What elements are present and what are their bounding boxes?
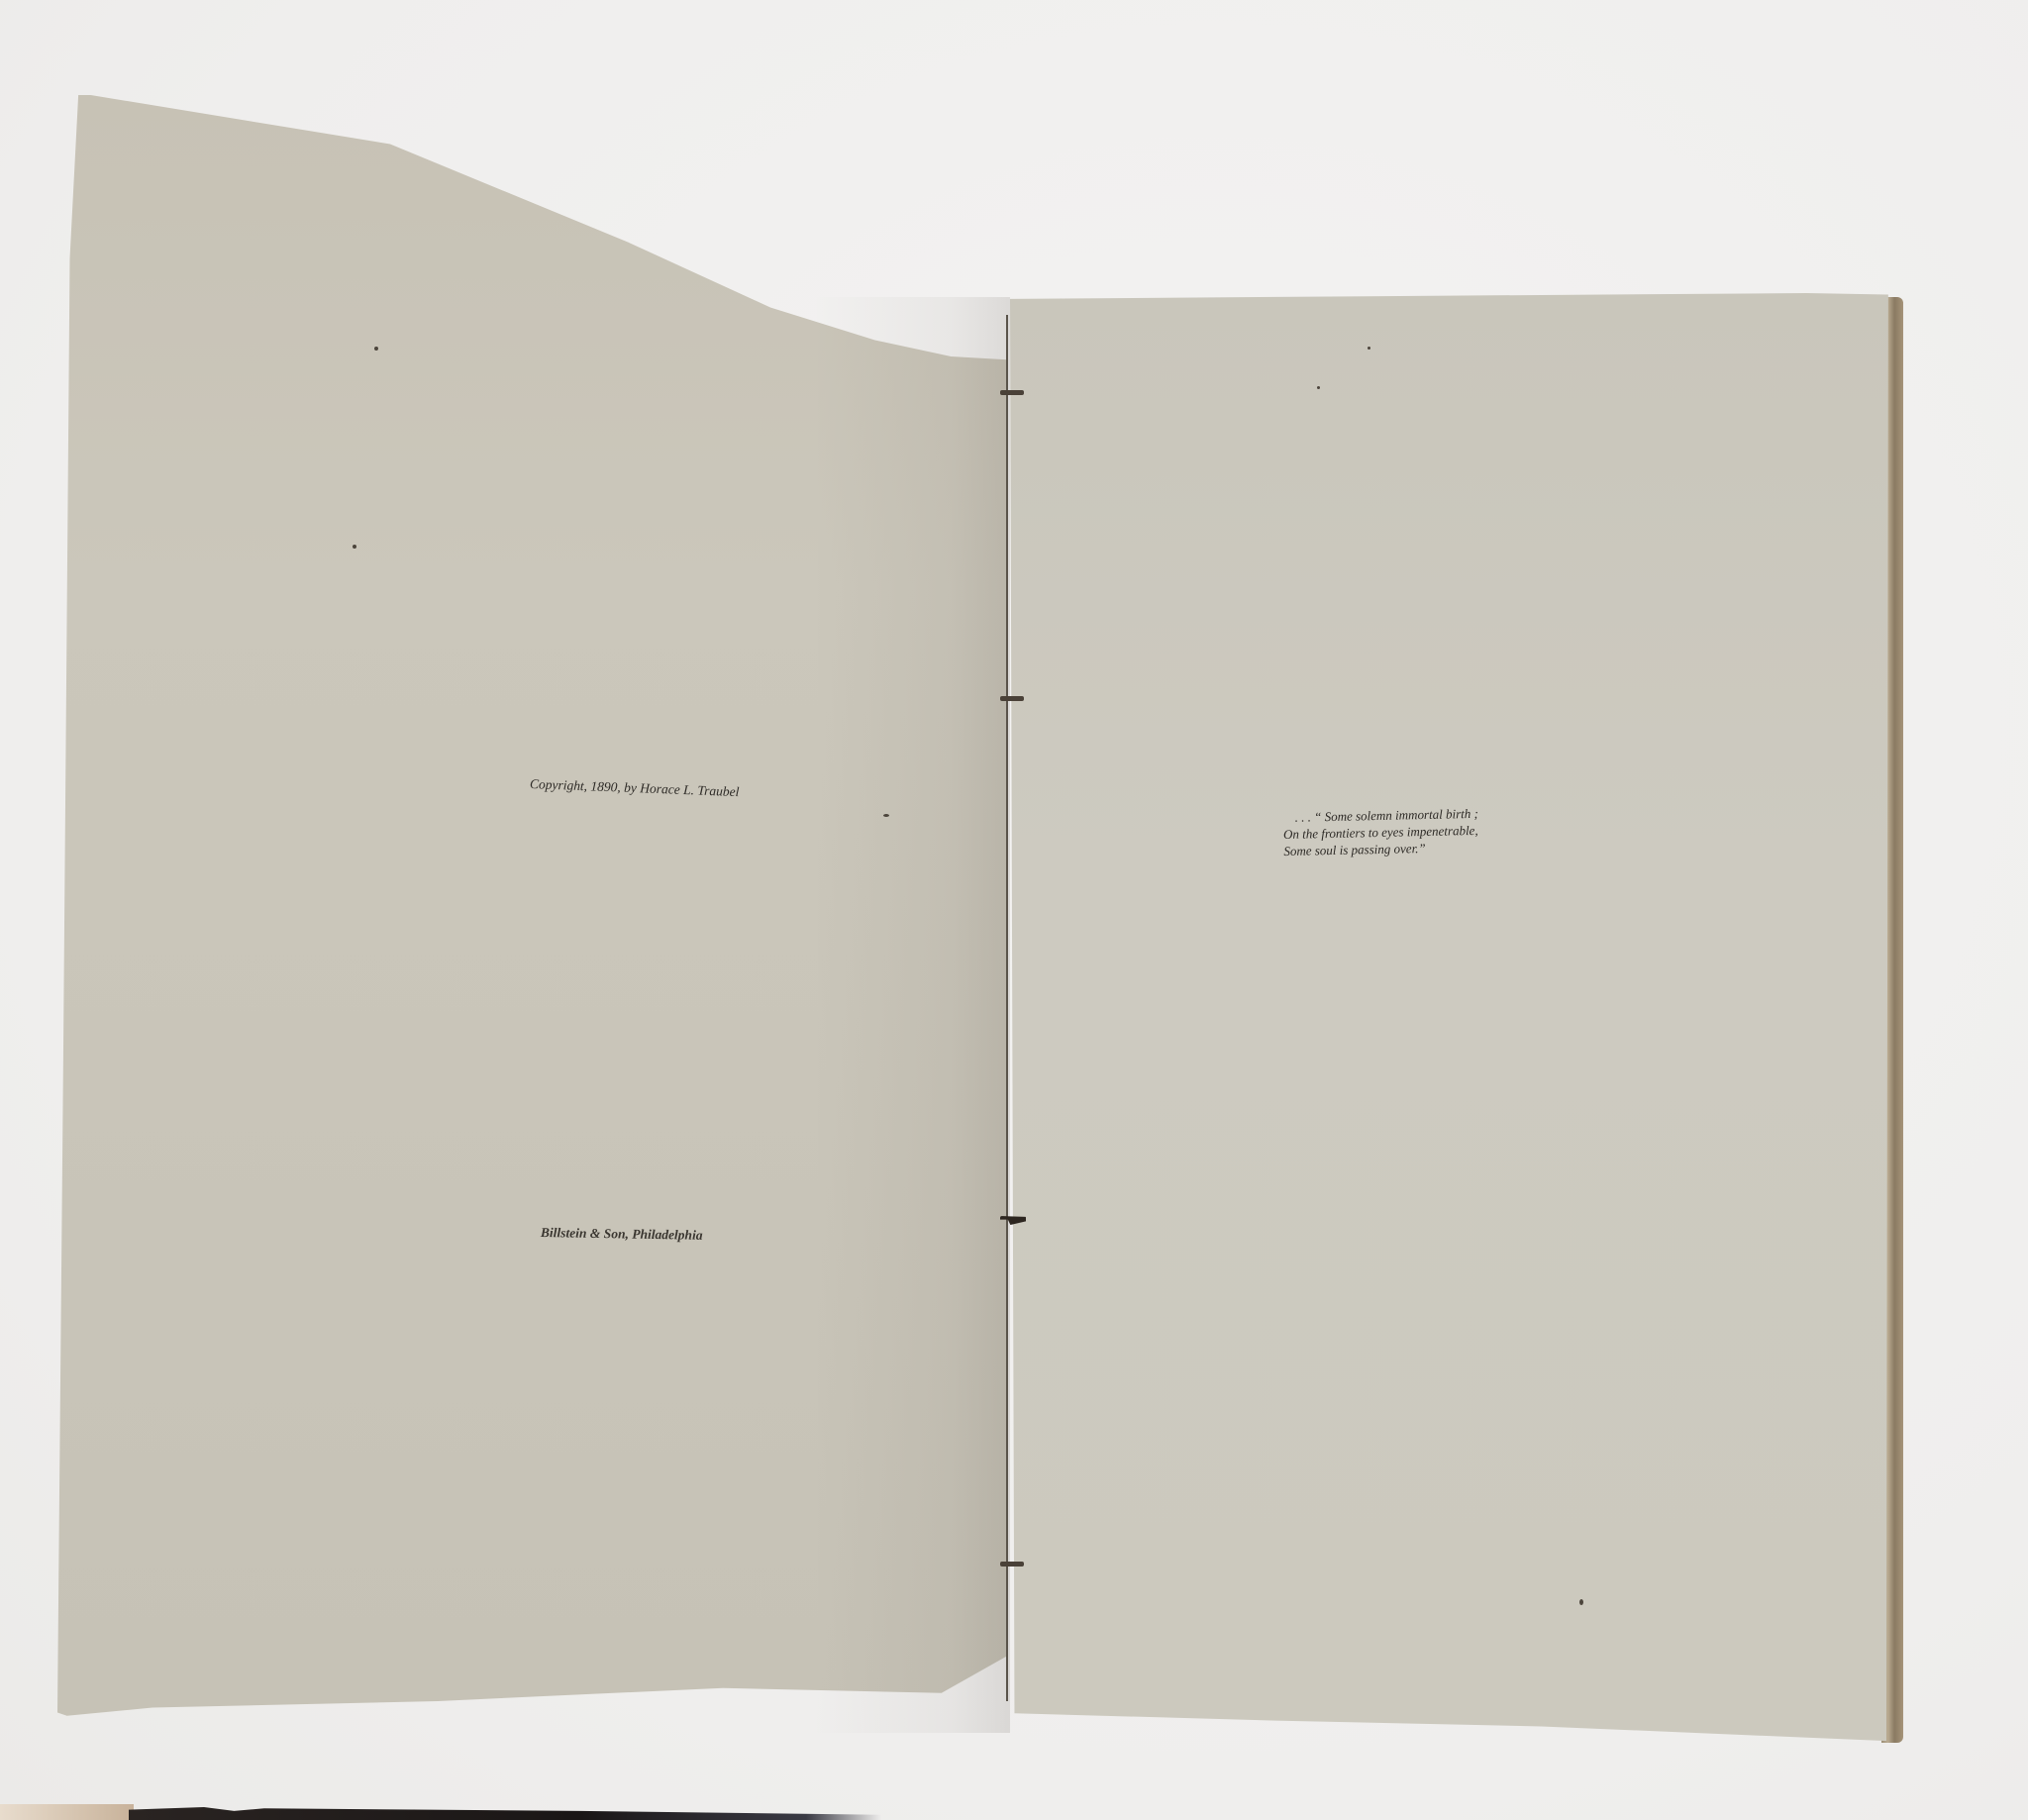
paper-speck (1368, 347, 1370, 350)
binding-stitch (1000, 390, 1024, 395)
paper-speck (1317, 386, 1320, 389)
paper-speck (1579, 1599, 1583, 1605)
spine-gutter (1006, 315, 1008, 1701)
right-page (1010, 293, 1895, 1747)
paper-speck (353, 545, 356, 549)
surface-edge (0, 1804, 134, 1820)
paper-speck (374, 347, 378, 351)
binding-stitch (1000, 1562, 1024, 1567)
epigraph: . . . “ Some solemn immortal birth ; On … (1282, 805, 1478, 859)
paper-speck (883, 814, 889, 817)
left-page (57, 95, 1008, 1729)
publisher-imprint: Billstein & Son, Philadelphia (541, 1225, 703, 1244)
binding-stitch (1000, 696, 1024, 701)
